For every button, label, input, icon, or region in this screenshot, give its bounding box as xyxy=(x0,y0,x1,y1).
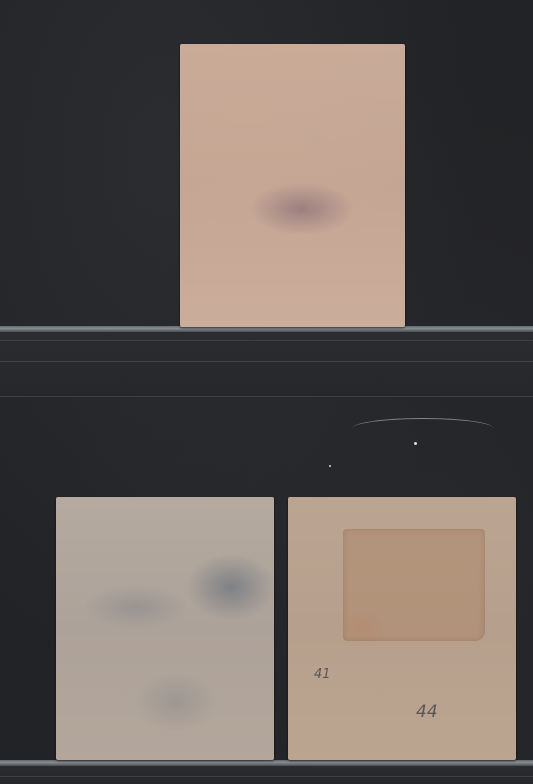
stamp-bottom-left xyxy=(56,497,274,760)
stamp-bottom-right: 41 44 xyxy=(288,497,516,760)
dust-speck xyxy=(329,465,331,467)
pencil-mark: 44 xyxy=(416,702,438,722)
dust-speck xyxy=(414,442,417,445)
strip-line xyxy=(0,776,533,777)
strip-line xyxy=(0,396,533,397)
stock-strip xyxy=(0,766,533,784)
stock-strip xyxy=(0,332,533,398)
stock-page: 41 44 xyxy=(0,0,533,784)
strip-line xyxy=(0,340,533,341)
stamp-top xyxy=(180,44,405,327)
hinge-remnant xyxy=(343,529,485,641)
strip-line xyxy=(0,361,533,362)
scratch-mark xyxy=(352,418,494,439)
pencil-mark: 41 xyxy=(314,667,331,682)
